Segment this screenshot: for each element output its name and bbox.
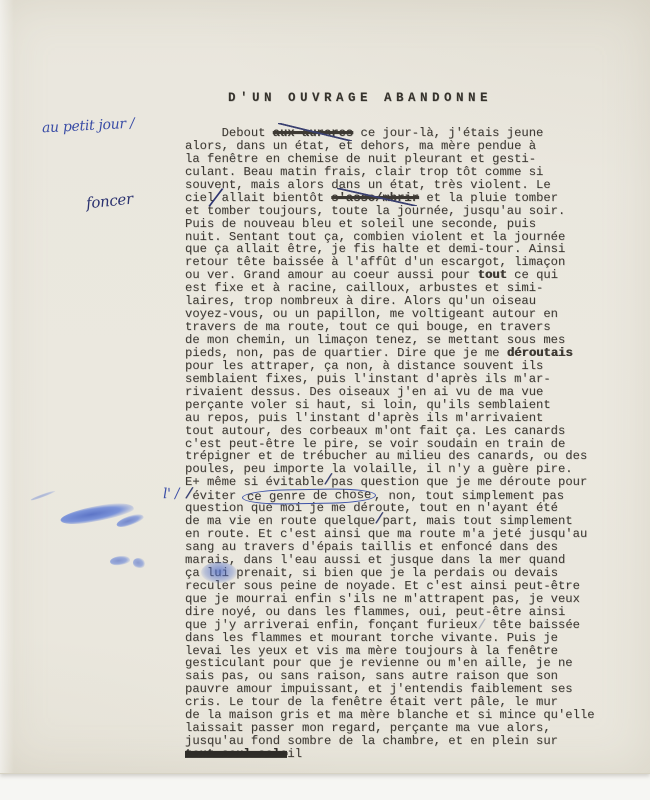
text-segment: pieds, non, pas de quartier. Dire que je… <box>185 346 507 360</box>
text-segment: question que moi je me déroute, tout en … <box>185 501 558 515</box>
ink-blot-small-right <box>132 556 147 570</box>
text-segment: reculer sous peine de noyade. Et c'est a… <box>185 579 580 593</box>
text-segment: ce qui <box>507 268 558 282</box>
typescript-line: tout seul soleil <box>185 748 615 761</box>
manuscript-paper: D'UN OUVRAGE ABANDONNE Debout aux aurore… <box>0 0 650 774</box>
text-segment: il <box>287 747 302 761</box>
text-segment: culant. Beau matin frais, clair trop tôt… <box>185 165 543 179</box>
text-segment: pauvre amour impuissant, et j'entendis f… <box>185 682 573 696</box>
text-segment: prenait, si bien que je la perdais ou de… <box>229 566 558 580</box>
text-segment: laires, trop nombreux à dire. Alors qu'u… <box>185 294 536 308</box>
text-segment: rivaient dessus. Des oiseaux j'en ai vu … <box>185 385 543 399</box>
text-segment: laissait passer mon regard, perçante ma … <box>185 721 551 735</box>
faint-slash: / <box>477 617 486 633</box>
text-segment: de ma vie en route quelque <box>185 514 375 528</box>
text-segment: sais pas, ou sans raison, sans autre rai… <box>185 669 558 683</box>
text-segment: de la maison gris et ma mère blanche et … <box>185 708 595 722</box>
text-segment: perçante voler si haut, si loin, qu'ils … <box>185 398 551 412</box>
text-segment: la fenêtre en chemise de nuit pleurant e… <box>185 152 536 166</box>
struck-text: aux aurores <box>273 126 353 140</box>
text-segment: ce jour-là, j'étais jeune <box>353 126 543 140</box>
paper-edge <box>0 0 14 773</box>
text-segment: trépigner et de trébucher au milieu des … <box>185 449 587 463</box>
text-segment: alors, dans un état, et dehors, ma mère … <box>185 139 536 153</box>
text-segment: cris. Le tour de la fenêtre était vert p… <box>185 695 558 709</box>
text-segment: et la pluie tomber <box>419 191 558 205</box>
text-segment: E+ même si évitable <box>185 475 324 489</box>
text-segment: Debout <box>185 126 273 140</box>
typescript-line: E+ même si évitable/pas question que je … <box>185 476 615 489</box>
text-segment: en route. Et c'est ainsi que ma route m'… <box>185 527 587 541</box>
ink-blot-small-left <box>110 555 131 566</box>
text-segment: part, mais tout simplement <box>382 514 572 528</box>
text-segment: voyez-vous, ou un papillon, me voltigean… <box>185 307 558 321</box>
typescript-title: D'UN OUVRAGE ABANDONNE <box>228 91 492 105</box>
text-segment: poules, peu importe la volaille, il n'y … <box>185 462 573 476</box>
text-segment: tête baissée <box>485 618 580 632</box>
text-segment: ciel allait bientôt <box>185 191 331 205</box>
text-segment: Puis de nouveau bleu et soleil une secon… <box>185 217 536 231</box>
margin-note-au-petit-jour: au petit jour / <box>42 116 135 137</box>
text-segment: nuit. Sentant tout ça, combien violent e… <box>185 230 565 244</box>
text-segment: dans les flammes et mourant torche vivan… <box>185 631 558 645</box>
text-segment: que j'y arriverai enfin, fonçant furieux <box>185 618 478 632</box>
scanned-typescript-page: D'UN OUVRAGE ABANDONNE Debout aux aurore… <box>0 0 650 800</box>
text-segment: jusqu'au fond sombre de la chambre, et e… <box>185 734 558 748</box>
text-segment: pour les attraper, ça non, à distance so… <box>185 359 543 373</box>
text-segment: marais, dans l'eau aussi et jusque dans … <box>185 553 565 567</box>
text-segment: est fixe et à racine, cailloux, arbustes… <box>185 281 543 295</box>
overstruck-bold-text: déroutais <box>507 346 573 360</box>
blacked-out-text: tout seul sole <box>185 747 287 761</box>
smudged-text: lui <box>207 566 229 580</box>
text-segment: gesticulant pour que je revienne ou m'en… <box>185 656 573 670</box>
text-segment: sang au travers d'épais taillis et enfon… <box>185 540 558 554</box>
struck-text: s'asso/mbrir <box>331 191 419 205</box>
text-segment: que ça allait être, je fis halte et demi… <box>185 242 565 256</box>
text-segment: levai les yeux et vis ma mère toujours à… <box>185 644 558 658</box>
margin-note-l-apostrophe: l' / <box>163 486 180 503</box>
ink-blot-hairline <box>30 490 55 502</box>
text-segment: c'est peut-être le pire, se voir soudain… <box>185 437 565 451</box>
overstruck-bold-text: tout <box>478 268 507 282</box>
typescript-body: Debout aux aurores ce jour-là, j'étais j… <box>185 127 615 761</box>
text-segment: que je mourrai enfin s'ils ne m'attrapen… <box>185 592 580 606</box>
text-segment: retour tête baissée à l'affût d'un escar… <box>185 255 565 269</box>
text-segment: tout autour, des corbeaux m'ont fait ça.… <box>185 424 565 438</box>
margin-note-foncer: foncer <box>85 190 134 213</box>
text-segment: dire noyé, ou dans les flammes, oui, peu… <box>185 605 565 619</box>
text-segment: semblaient fixes, puis l'instant d'après… <box>185 372 551 386</box>
text-segment: au repos, puis l'instant d'après ils m'a… <box>185 411 543 425</box>
text-segment: travers de ma route, tout ce qui bouge, … <box>185 320 551 334</box>
text-segment: de mon chemin, un limaçon tenez, se mett… <box>185 333 565 347</box>
text-segment: ou ver. Grand amour au coeur aussi pour <box>185 268 478 282</box>
